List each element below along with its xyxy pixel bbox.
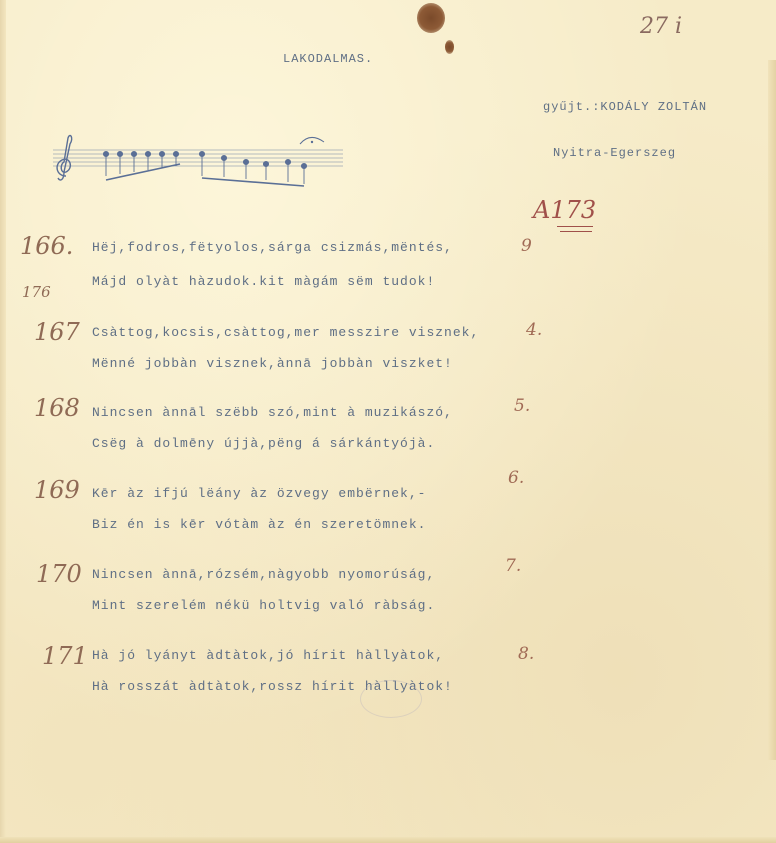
stanza-number-170: 170 xyxy=(36,560,82,588)
stanza-number-167: 167 xyxy=(34,318,80,346)
ink-stain-small xyxy=(445,40,454,54)
paper-left-edge xyxy=(0,0,6,843)
document-page: 27 i LAKODALMAS. gyűjt.:KODÁLY ZOLTÁN Ny… xyxy=(0,0,776,843)
stanza-167-line-1: Csàttog,kocsis,csàttog,mer messzire visz… xyxy=(92,325,479,340)
stanza-170-line-1: Nincsen ànnā,rózsém,nàgyobb nyomorúság, xyxy=(92,567,435,582)
stanza-167-line-2: Mënné jobbàn visznek,ànnā jobbàn viszket… xyxy=(92,356,453,371)
archive-id-underline-2 xyxy=(560,231,592,232)
archive-stamp xyxy=(360,680,422,718)
archive-id-handwritten: A173 xyxy=(533,196,596,224)
archive-id-underline-1 xyxy=(557,226,593,227)
page-number-handwritten: 27 i xyxy=(640,14,682,39)
stanza-number-166: 166. xyxy=(20,232,73,260)
collector-credit: gyűjt.:KODÁLY ZOLTÁN xyxy=(543,100,707,114)
stanza-171-right-mark: 8. xyxy=(518,644,534,664)
stanza-169-line-2: Biz én is kēr vótàm àz én szeretömnek. xyxy=(92,517,426,532)
stanza-171-line-1: Hà jó lyányt àdtàtok,jó hírit hàllyàtok, xyxy=(92,648,444,663)
stanza-169-right-mark: 6. xyxy=(508,468,524,488)
paper-right-edge xyxy=(768,60,776,760)
music-notation xyxy=(48,128,348,198)
stanza-side-note: 176 xyxy=(22,283,51,301)
stanza-170-line-2: Mint szerelém nékü holtvig való ràbság. xyxy=(92,598,435,613)
stanza-166-line-2: Májd olyàt hàzudok.kit màgám sëm tudok! xyxy=(92,274,435,289)
stanza-170-right-mark: 7. xyxy=(505,556,521,576)
collection-place: Nyitra-Egerszeg xyxy=(553,146,676,160)
stanza-168-line-2: Csëg à dolmēny újjà,pëng á sárkántyójà. xyxy=(92,436,435,451)
stanza-169-line-1: Kēr àz ifjú lëány àz özvegy embërnek,- xyxy=(92,486,426,501)
stanza-168-line-1: Nincsen ànnāl szëbb szó,mint à muzikászó… xyxy=(92,405,453,420)
stanza-166-right-mark: 9 xyxy=(521,236,532,256)
music-staff-icon xyxy=(48,128,348,198)
stanza-167-right-mark: 4. xyxy=(526,320,542,340)
stanza-168-right-mark: 5. xyxy=(514,396,530,416)
document-title: LAKODALMAS. xyxy=(283,52,373,66)
stanza-number-169: 169 xyxy=(34,476,80,504)
paper-bottom-edge xyxy=(0,837,776,843)
stanza-number-171: 171 xyxy=(42,642,88,670)
ink-stain-large xyxy=(417,3,445,33)
stanza-number-168: 168 xyxy=(34,394,80,422)
stanza-166-line-1: Hëj,fodros,fëtyolos,sárga csizmás,mëntés… xyxy=(92,240,453,255)
